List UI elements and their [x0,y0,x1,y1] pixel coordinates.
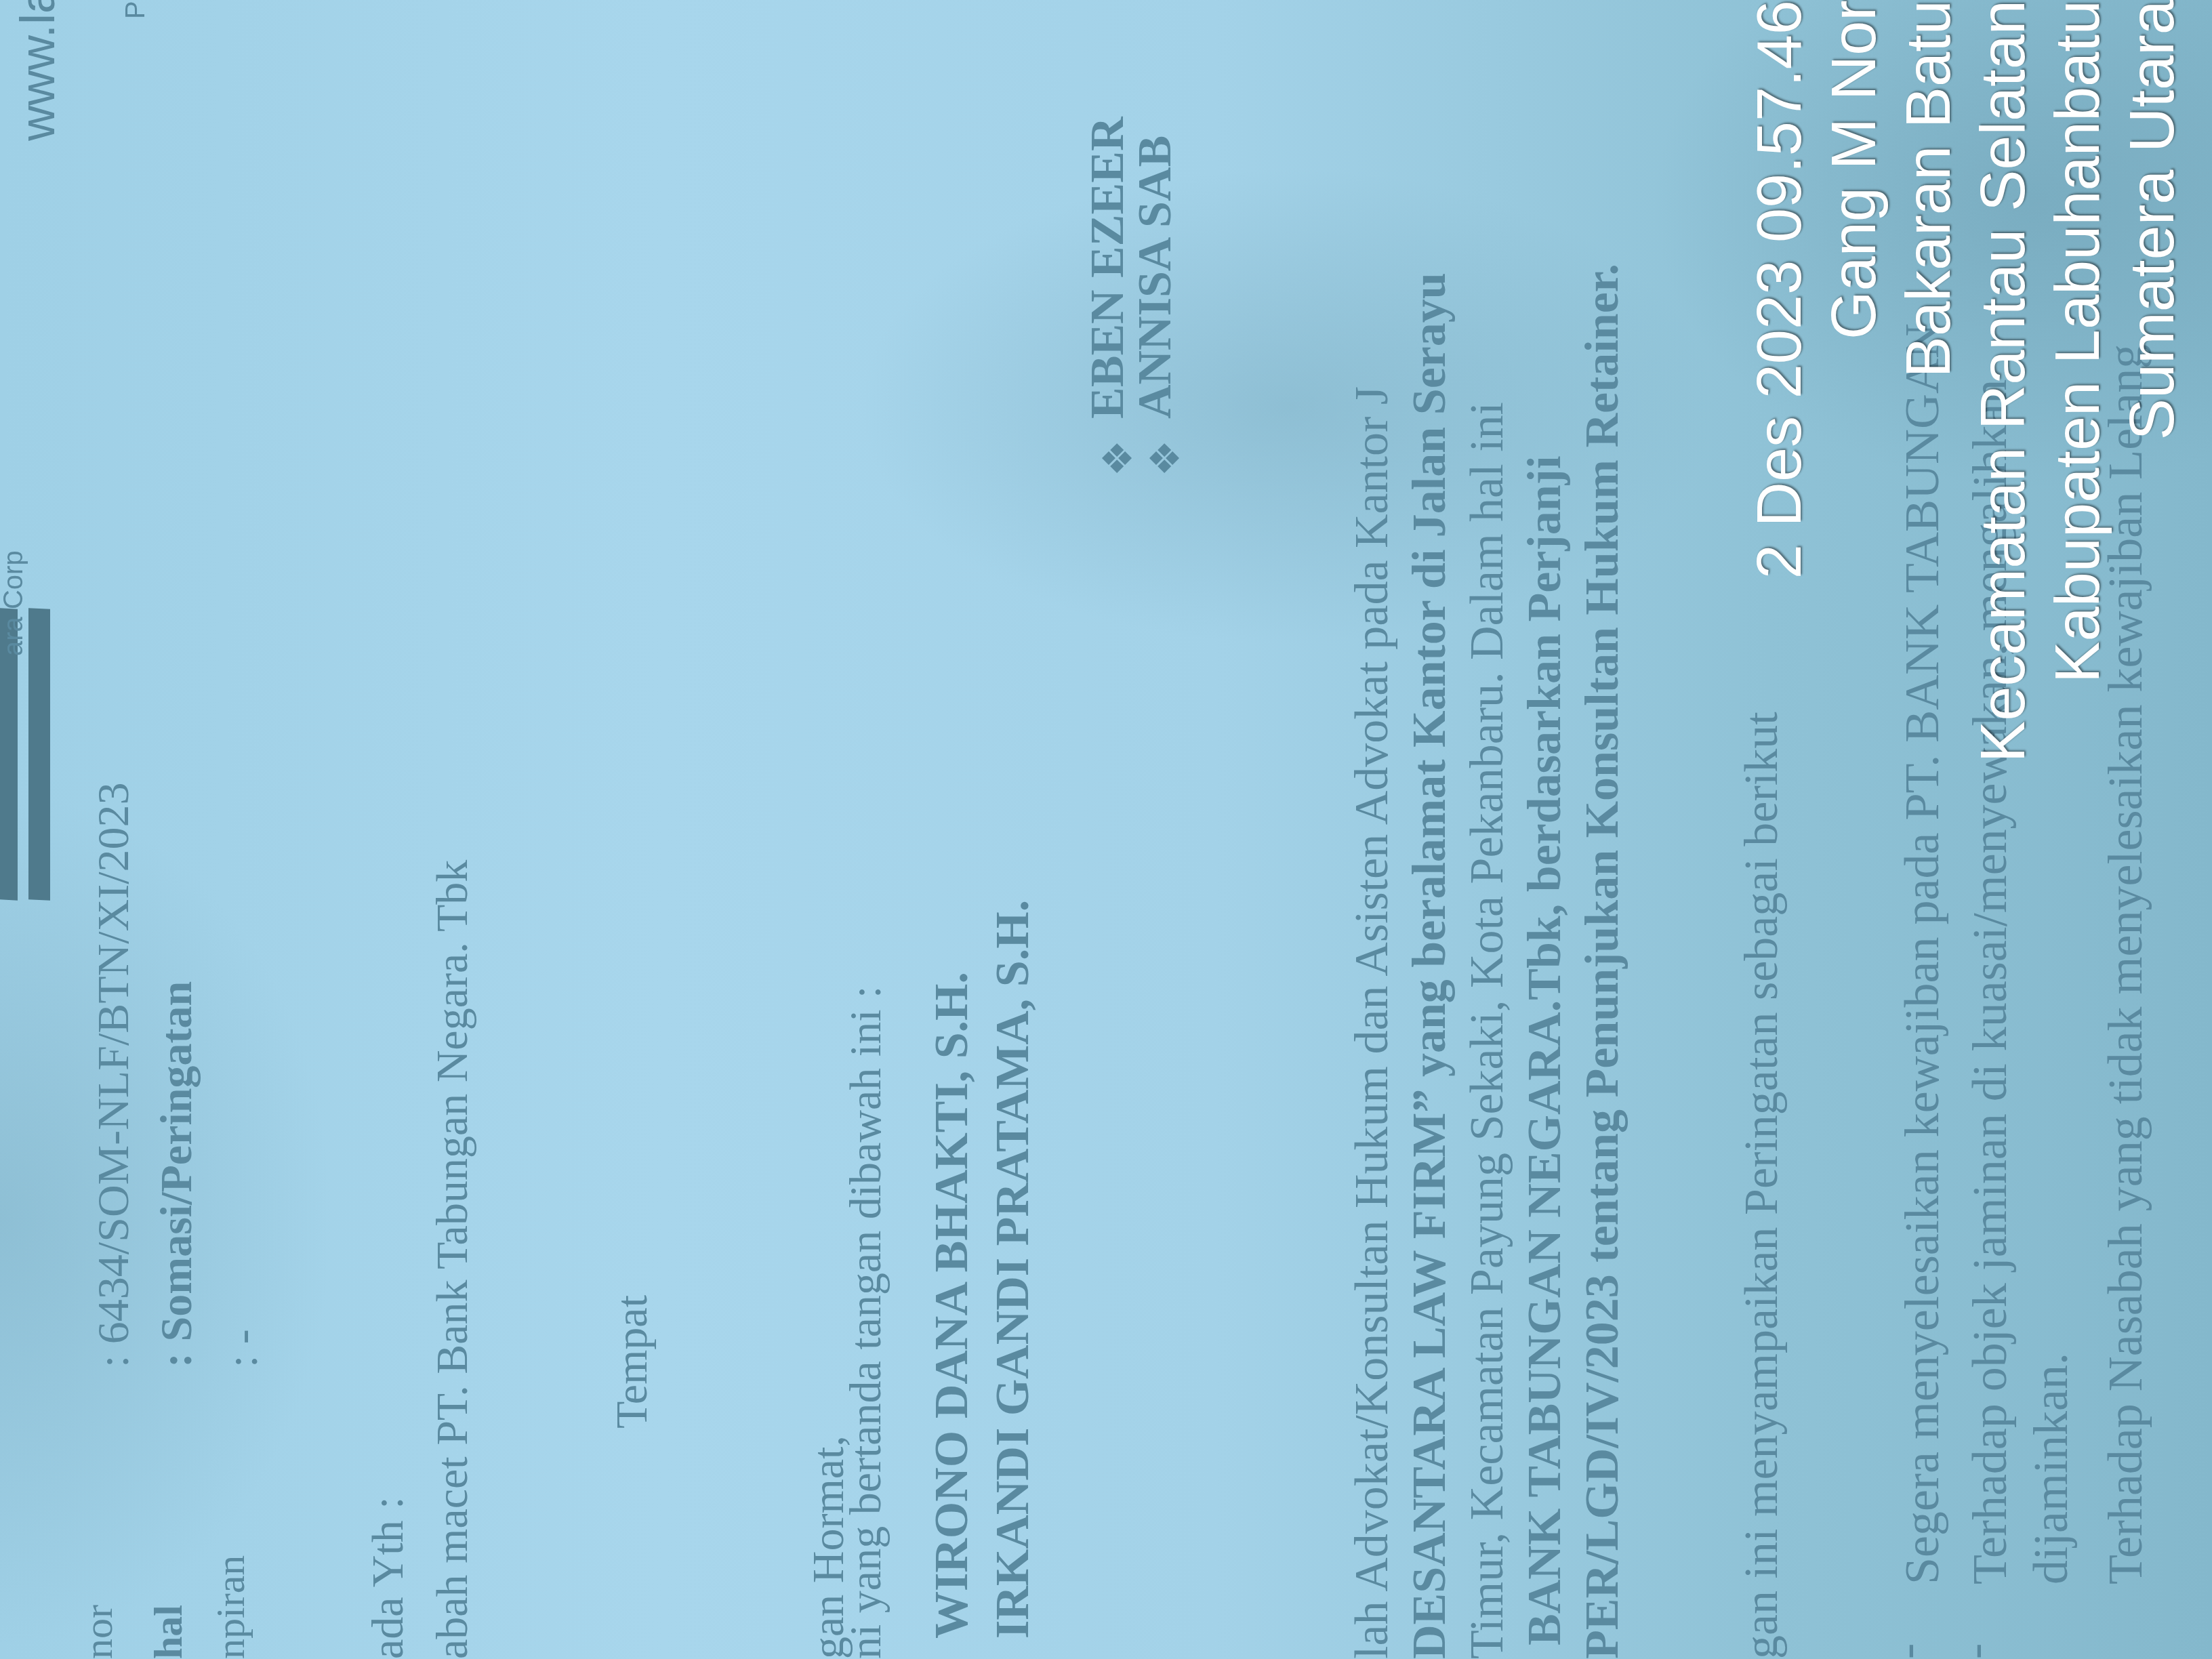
letterhead-corp: ara Corp [0,550,27,656]
document-page: www.la ara Corp Pe nor : 6434/SOM-NLF/BT… [0,0,2212,1659]
body-line-5: PER/LGD/IV/2023 tentang Penunjukan Konsu… [1579,264,1626,1659]
letterhead-bar-2 [28,608,50,901]
stamp-location-1: Gang M Nor [1823,0,1885,1355]
diamond-bullet-icon: ❖ [1098,440,1139,476]
photo-timestamp: 2 Des 2023 09.57.46 [1748,0,1811,1355]
kepada-line: ada Yth : [366,1497,411,1659]
tempat-line: Tempat [610,1295,655,1429]
signatory-3: EBEN EZEER [1084,117,1132,419]
perihal-value: : Somasi/Peringatan [155,981,199,1368]
recipient-name: abah macet PT. Bank Tabungan Negara. Tbk [430,860,475,1659]
signatory-1: WIRONO DANA BHAKTI, S.H. [928,972,976,1639]
body-line-4: BANK TABUNGAN NEGARA.Tbk, berdasarkan Pe… [1521,456,1569,1645]
stamp-location-2: Bakaran Batu [1898,0,1960,1355]
letterhead-right-fragment: Pe [122,0,149,19]
body-line-2: DESANTARA LAW FIRM” yang beralamat Kanto… [1406,272,1454,1659]
nomor-label: nor [78,1605,119,1659]
stamp-location-5: Sumatera Utara [2121,0,2184,1355]
perihal-label: hal [148,1605,188,1659]
letterhead-website: www.la [14,0,62,141]
body-line-3: Timur, Kecamatan Payung Sekaki, Kota Pek… [1464,402,1511,1659]
signatory-4: ANNISA SAB [1132,136,1179,419]
warning-bullet-2: - [1952,1643,1999,1659]
lampiran-value: : - [220,1329,265,1368]
stamp-location-4: Kabupaten Labuhanbatu [2047,0,2109,1355]
diamond-bullet-icon: ❖ [1145,440,1186,476]
warning-bullet-1: - [1884,1643,1931,1659]
stamp-location-3: Kecamatan Rantau Selatan [1972,0,2034,1355]
intro-line: ni yang bertanda tangan dibawah ini : [844,986,888,1659]
signatory-2: IRKANDI GANDI PRATAMA, S.H. [989,900,1037,1639]
lampiran-label: npiran [210,1555,251,1659]
warning-item-3: dijaminkan. [2026,1353,2075,1584]
nomor-value: : 6434/SOM-NLF/BTN/XI/2023 [91,782,136,1368]
body-line-1: lah Advokat/Konsultan Hukum dan Asisten … [1349,386,1396,1659]
